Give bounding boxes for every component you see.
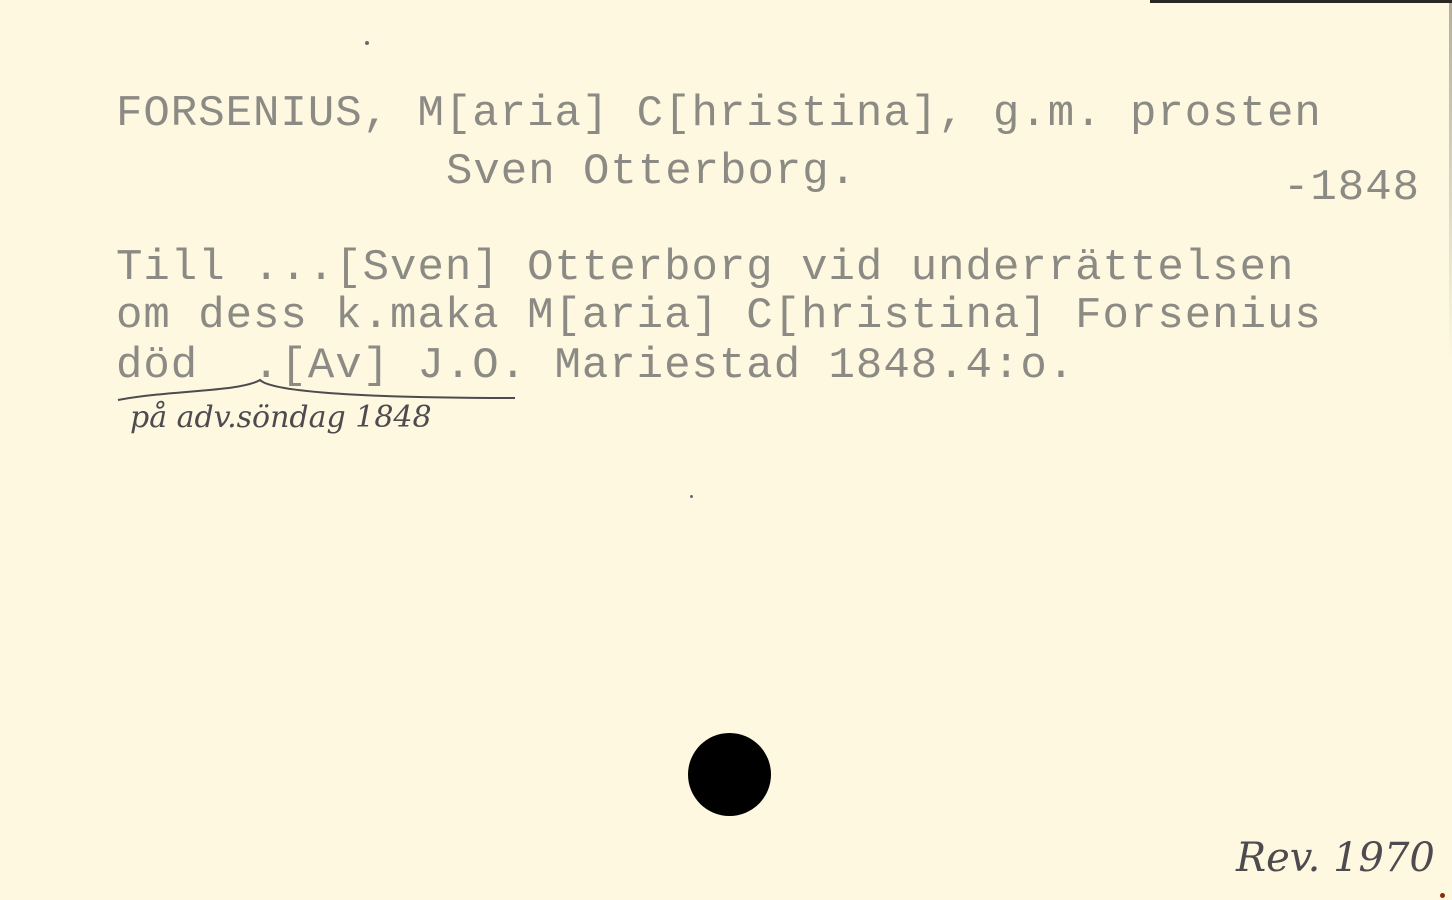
card-top-edge xyxy=(1150,0,1452,3)
body-line-1: Till ...[Sven] Otterborg vid underrättel… xyxy=(116,246,1294,290)
paper-speck xyxy=(1440,893,1445,898)
body-line-2: om dess k.maka M[aria] C[hristina] Forse… xyxy=(116,294,1322,338)
heading-line-2: Sven Otterborg. xyxy=(446,150,857,194)
catalog-card: FORSENIUS, M[aria] C[hristina], g.m. pro… xyxy=(0,0,1452,900)
revision-note: Rev. 1970 xyxy=(1236,835,1435,881)
paper-speck xyxy=(365,41,369,45)
heading-line-1: FORSENIUS, M[aria] C[hristina], g.m. pro… xyxy=(116,92,1322,136)
paper-speck xyxy=(690,495,693,498)
heading-year: -1848 xyxy=(1283,166,1420,210)
punch-hole xyxy=(688,733,771,816)
handwritten-note: på adv.söndag 1848 xyxy=(130,400,432,435)
